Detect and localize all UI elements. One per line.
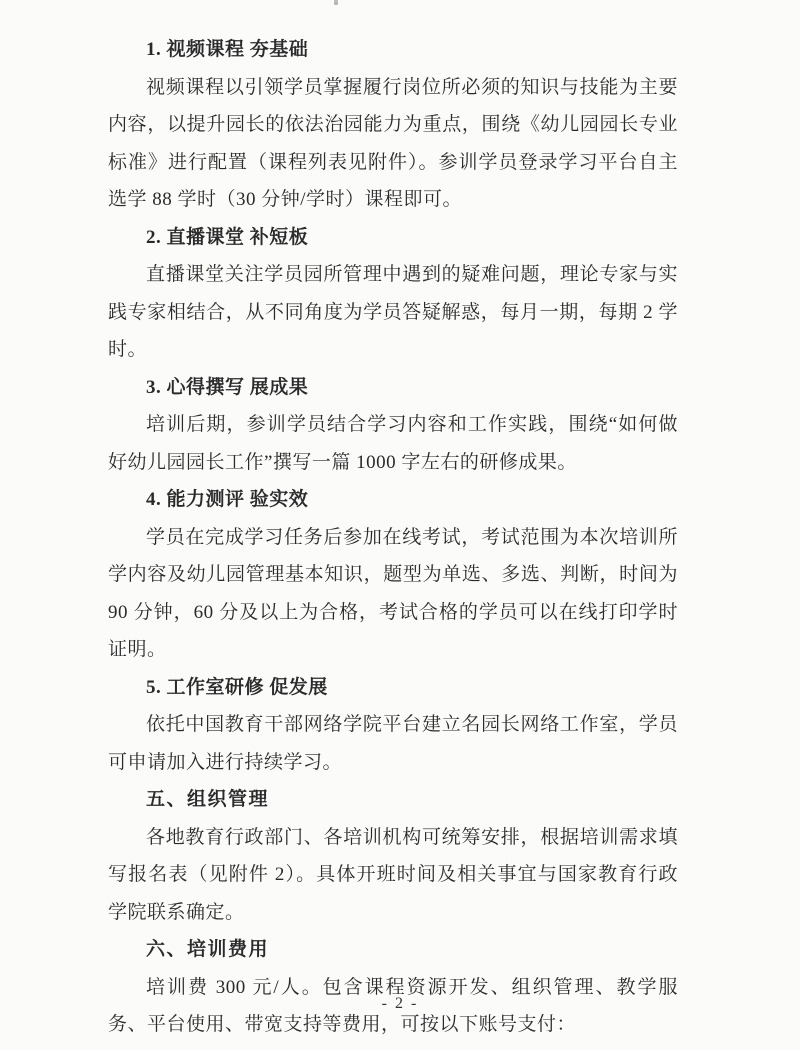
section-heading-live-class: 2. 直播课堂 补短板 — [108, 219, 678, 257]
section-heading-training-fee: 六、培训费用 — [108, 931, 678, 969]
section-heading-reflection-writing: 3. 心得撰写 展成果 — [108, 369, 678, 407]
section-heading-ability-test: 4. 能力测评 验实效 — [108, 481, 678, 519]
section-paragraph-video-course: 视频课程以引领学员掌握履行岗位所必须的知识与技能为主要内容，以提升园长的依法治园… — [108, 69, 678, 219]
document-body: 1. 视频课程 夯基础 视频课程以引领学员掌握履行岗位所必须的知识与技能为主要内… — [108, 31, 678, 1044]
document-page: 1. 视频课程 夯基础 视频课程以引领学员掌握履行岗位所必须的知识与技能为主要内… — [0, 0, 800, 1050]
section-paragraph-reflection-writing: 培训后期，参训学员结合学习内容和工作实践，围绕“如何做好幼儿园园长工作”撰写一篇… — [108, 406, 678, 481]
section-heading-organization-management: 五、组织管理 — [108, 781, 678, 819]
section-paragraph-live-class: 直播课堂关注学员园所管理中遇到的疑难问题，理论专家与实践专家相结合，从不同角度为… — [108, 256, 678, 369]
section-heading-video-course: 1. 视频课程 夯基础 — [108, 31, 678, 69]
page-number: - 2 - — [0, 995, 800, 1013]
section-heading-studio-research: 5. 工作室研修 促发展 — [108, 669, 678, 707]
section-paragraph-ability-test: 学员在完成学习任务后参加在线考试，考试范围为本次培训所学内容及幼儿园管理基本知识… — [108, 519, 678, 669]
section-paragraph-studio-research: 依托中国教育干部网络学院平台建立名园长网络工作室，学员可申请加入进行持续学习。 — [108, 706, 678, 781]
scan-artifact — [334, 0, 338, 5]
section-paragraph-organization-management: 各地教育行政部门、各培训机构可统筹安排，根据培训需求填写报名表（见附件 2）。具… — [108, 819, 678, 932]
